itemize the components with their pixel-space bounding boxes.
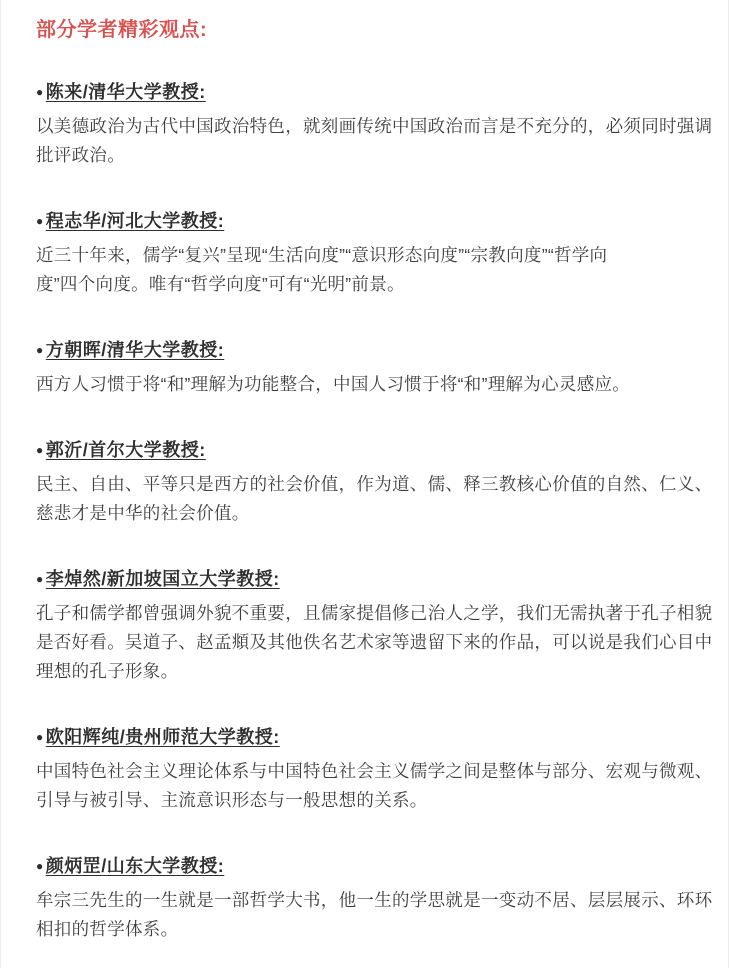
scholar-opinion: 中国特色社会主义理论体系与中国特色社会主义儒学之间是整体与部分、宏观与微观、 引…: [36, 757, 714, 815]
scholar-opinion: 以美德政治为古代中国政治特色，就刻画传统中国政治而言是不充分的，必须同时强调 批…: [36, 112, 714, 170]
scholar-name: 陈来/清华大学教授:: [46, 82, 206, 102]
scholar-opinion: 近三十年来，儒学“复兴”呈现“生活向度”“意识形态向度”“宗教向度”“哲学向 度…: [36, 241, 714, 299]
scholar-section: ●颜炳罡/山东大学教授: 牟宗三先生的一生就是一部哲学大书，他一生的学思就是一变…: [36, 852, 714, 944]
scholar-opinion: 民主、自由、平等只是西方的社会价值，作为道、儒、释三教核心价值的自然、仁义、 慈…: [36, 470, 714, 528]
scholar-name: 李焯然/新加坡国立大学教授:: [46, 569, 280, 589]
scholar-heading: ●欧阳辉纯/贵州师范大学教授:: [36, 723, 714, 749]
bullet-icon: ●: [36, 730, 44, 744]
scholar-heading: ●程志华/河北大学教授:: [36, 207, 714, 233]
bullet-icon: ●: [36, 85, 44, 99]
scholar-heading: ●方朝晖/清华大学教授:: [36, 336, 714, 362]
scholar-opinion: 牟宗三先生的一生就是一部哲学大书，他一生的学思就是一变动不居、层层展示、环环 相…: [36, 886, 714, 944]
scholar-section: ●程志华/河北大学教授: 近三十年来，儒学“复兴”呈现“生活向度”“意识形态向度…: [36, 207, 714, 299]
scholar-section: ●方朝晖/清华大学教授: 西方人习惯于将“和”理解为功能整合，中国人习惯于将“和…: [36, 336, 714, 399]
bullet-icon: ●: [36, 343, 44, 357]
page-title: 部分学者精彩观点:: [36, 13, 714, 42]
scholar-heading: ●郭沂/首尔大学教授:: [36, 436, 714, 462]
bullet-icon: ●: [36, 214, 44, 228]
scholar-opinion: 西方人习惯于将“和”理解为功能整合，中国人习惯于将“和”理解为心灵感应。: [36, 370, 714, 399]
bullet-icon: ●: [36, 572, 44, 586]
scholar-heading: ●颜炳罡/山东大学教授:: [36, 852, 714, 878]
scholar-name: 程志华/河北大学教授:: [46, 211, 225, 231]
scholar-heading: ●李焯然/新加坡国立大学教授:: [36, 565, 714, 591]
scholar-section: ●欧阳辉纯/贵州师范大学教授: 中国特色社会主义理论体系与中国特色社会主义儒学之…: [36, 723, 714, 815]
bullet-icon: ●: [36, 443, 44, 457]
scholar-opinion: 孔子和儒学都曾强调外貌不重要，且儒家提倡修己治人之学，我们无需执著于孔子相貌 是…: [36, 599, 714, 686]
scholar-section: ●郭沂/首尔大学教授: 民主、自由、平等只是西方的社会价值，作为道、儒、释三教核…: [36, 436, 714, 528]
scholar-name: 郭沂/首尔大学教授:: [46, 440, 206, 460]
scholar-section: ●李焯然/新加坡国立大学教授: 孔子和儒学都曾强调外貌不重要，且儒家提倡修己治人…: [36, 565, 714, 686]
scholar-name: 方朝晖/清华大学教授:: [46, 340, 225, 360]
bullet-icon: ●: [36, 859, 44, 873]
article-page: 部分学者精彩观点: ●陈来/清华大学教授: 以美德政治为古代中国政治特色，就刻画…: [0, 0, 729, 968]
scholar-section: ●陈来/清华大学教授: 以美德政治为古代中国政治特色，就刻画传统中国政治而言是不…: [36, 78, 714, 170]
scholar-name: 颜炳罡/山东大学教授:: [46, 856, 225, 876]
scholar-heading: ●陈来/清华大学教授:: [36, 78, 714, 104]
scholar-name: 欧阳辉纯/贵州师范大学教授:: [46, 727, 280, 747]
